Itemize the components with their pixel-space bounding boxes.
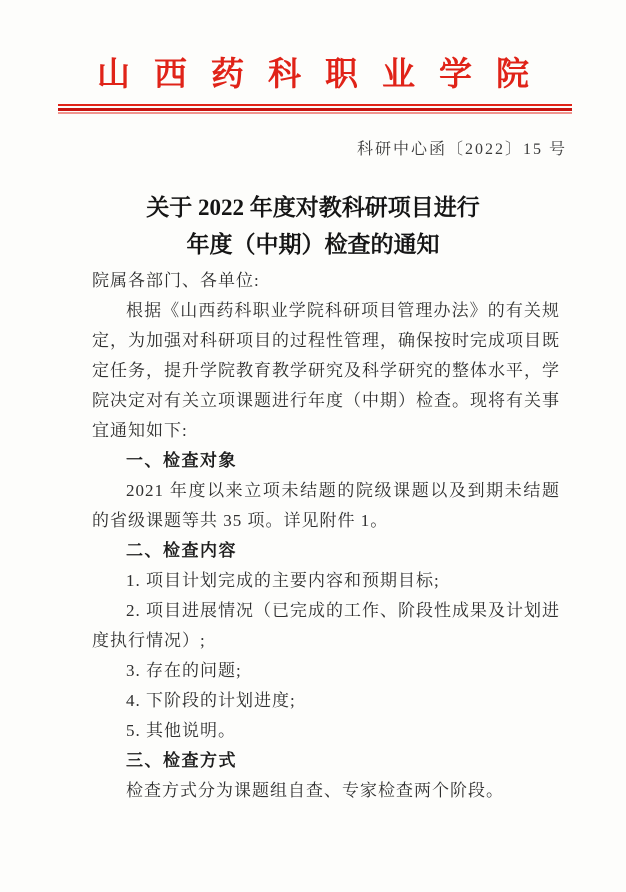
section-heading-2: 二、检查内容 <box>92 536 560 566</box>
check-content-item-2: 2. 项目进展情况（已完成的工作、阶段性成果及计划进度执行情况）; <box>92 596 560 656</box>
section1-paragraph: 2021 年度以来立项未结题的院级课题以及到期未结题的省级课题等共 35 项。详… <box>92 476 560 536</box>
document-title-line1: 关于 2022 年度对教科研项目进行 <box>0 189 626 226</box>
check-content-item-1: 1. 项目计划完成的主要内容和预期目标; <box>92 566 560 596</box>
check-content-item-4: 4. 下阶段的计划进度; <box>92 686 560 716</box>
check-content-item-3: 3. 存在的问题; <box>92 656 560 686</box>
document-title: 关于 2022 年度对教科研项目进行 年度（中期）检查的通知 <box>0 189 626 263</box>
check-content-item-5: 5. 其他说明。 <box>92 716 560 746</box>
notice-document-page: 山西药科职业学院 科研中心函〔2022〕15 号 关于 2022 年度对教科研项… <box>0 0 626 892</box>
section-heading-1: 一、检查对象 <box>92 446 560 476</box>
salutation: 院属各部门、各单位: <box>92 266 560 296</box>
document-reference-number: 科研中心函〔2022〕15 号 <box>0 140 567 159</box>
section-heading-3: 三、检查方式 <box>92 746 560 776</box>
letterhead-title: 山西药科职业学院 <box>0 57 626 93</box>
section3-paragraph: 检查方式分为课题组自查、专家检查两个阶段。 <box>92 776 560 806</box>
intro-paragraph: 根据《山西药科职业学院科研项目管理办法》的有关规定，为加强对科研项目的过程性管理… <box>92 296 560 446</box>
letterhead-divider <box>58 104 572 114</box>
document-title-line2: 年度（中期）检查的通知 <box>0 226 626 263</box>
divider-line-bottom <box>58 112 572 114</box>
document-body: 院属各部门、各单位: 根据《山西药科职业学院科研项目管理办法》的有关规定，为加强… <box>92 266 560 806</box>
